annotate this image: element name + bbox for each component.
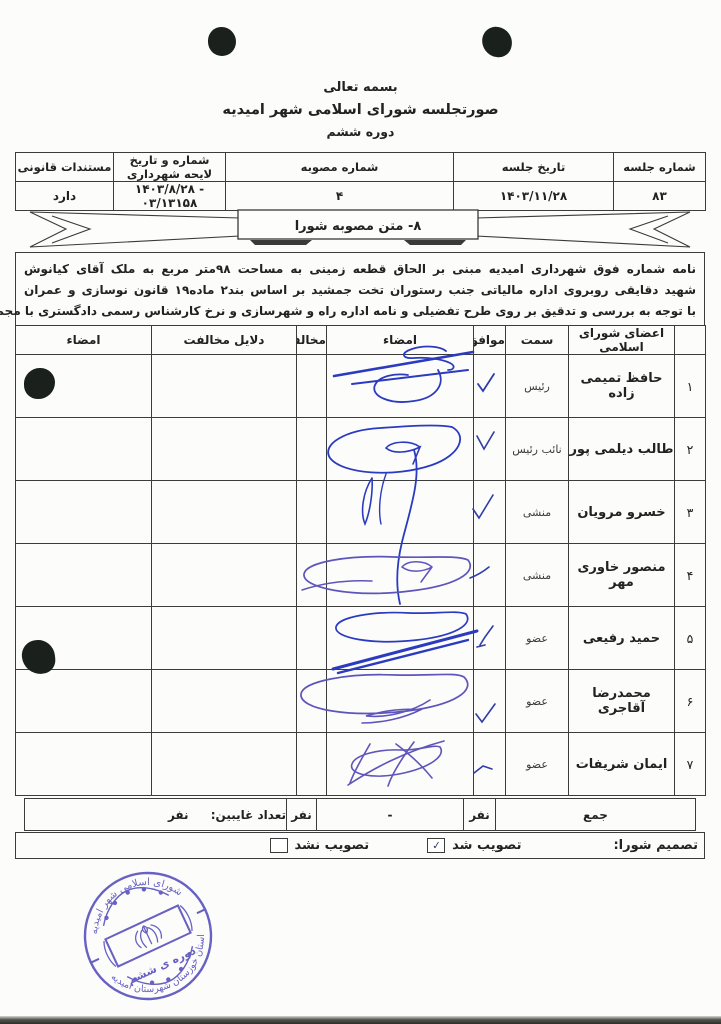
signature2-cell [16, 544, 152, 607]
oppose-reason-cell [152, 355, 297, 418]
agree-cell [474, 481, 506, 544]
member-row: ۴ منصور خاوری مهر منشی [16, 544, 706, 607]
member-row: ۲ طالب دیلمی پور نائب رئیس [16, 418, 706, 481]
header-session-no: شماره جلسه [614, 153, 706, 182]
row-no: ۴ [675, 544, 706, 607]
stamp-outer-circle [64, 852, 231, 1019]
signature2-cell [16, 733, 152, 796]
header-oppose-reasons: دلایل مخالفت [152, 326, 297, 355]
signature-cell [327, 607, 474, 670]
oppose-cell [297, 733, 327, 796]
stamp-wreath-top [94, 875, 169, 925]
signature-cell [327, 544, 474, 607]
scan-bottom-edge [0, 1016, 721, 1024]
oppose-reason-cell [152, 733, 297, 796]
member-position: عضو [506, 733, 569, 796]
signature-cell [327, 481, 474, 544]
stamp-top-text: شورای اسلامی شهر امیدیه [75, 860, 186, 939]
totals-signature-dash: - [317, 799, 464, 831]
stamp-side-ticks [90, 909, 206, 963]
header-members: اعضای شورای اسلامی [569, 326, 675, 355]
council-stamp: شورای اسلامی شهر امیدیه استان خوزستان شه… [63, 852, 232, 1020]
oppose-reason-cell [152, 481, 297, 544]
term-label: دوره ششم [0, 124, 721, 139]
stamp-emblem-icon [131, 921, 164, 951]
approved-label: تصویب شد [452, 838, 521, 853]
resolution-line-2: شهید دقایقی روبروی اداره مالیاتی جنب رست… [24, 280, 696, 301]
member-row: ۵ حمید رفیعی عضو [16, 607, 706, 670]
signature2-cell [16, 418, 152, 481]
signature-cell [327, 733, 474, 796]
member-name: خسرو مرویان [569, 481, 675, 544]
signature-cell [327, 418, 474, 481]
row-no: ۵ [675, 607, 706, 670]
oppose-cell [297, 544, 327, 607]
row-no: ۷ [675, 733, 706, 796]
resolution-text-block: نامه شماره فوق شهرداری امیدیه مبنی بر ال… [15, 252, 705, 325]
row-no: ۱ [675, 355, 706, 418]
approved-option: تصویب شد ✓ [427, 838, 521, 853]
ribbon-right-tail [476, 212, 690, 247]
not-approved-checkbox [270, 838, 288, 853]
header-position: سمت [506, 326, 569, 355]
members-votes-table: اعضای شورای اسلامی سمت موافق امضاء مخالف… [15, 325, 706, 796]
stamp-bottom-text: استان خوزستان شهرستان امیدیه [107, 930, 222, 1013]
member-row: ۳ خسرو مرویان منشی [16, 481, 706, 544]
totals-row: جمع نفر - نفر تعداد غایبین: نفر [24, 798, 696, 831]
agree-cell [474, 733, 506, 796]
totals-absent-cell: تعداد غایبین: نفر [25, 799, 287, 831]
signature-cell [327, 670, 474, 733]
header-row-no [675, 326, 706, 355]
page-title: صورتجلسه شورای اسلامی شهر امیدیه [0, 102, 721, 118]
stamp-wreath-dots [98, 877, 199, 995]
row-no: ۲ [675, 418, 706, 481]
totals-label: جمع [496, 799, 696, 831]
oppose-reason-cell [152, 418, 297, 481]
not-approved-option: تصویب نشد [270, 838, 370, 853]
oppose-cell [297, 481, 327, 544]
member-name: محمدرضا آقاجری [569, 670, 675, 733]
punch-hole [208, 27, 236, 56]
absent-unit: نفر [168, 808, 189, 822]
agree-cell [474, 418, 506, 481]
member-position: نائب رئیس [506, 418, 569, 481]
absent-label: تعداد غایبین: [211, 808, 286, 822]
bismillah-text: بسمه تعالی [0, 80, 721, 95]
totals-agree-unit: نفر [464, 799, 496, 831]
ribbon-left-tail [30, 212, 240, 247]
signature2-cell [16, 670, 152, 733]
member-name: حمید رفیعی [569, 607, 675, 670]
oppose-cell [297, 418, 327, 481]
header-signature-2: امضاء [16, 326, 152, 355]
stamp-center-rect [105, 906, 190, 967]
ribbon-fold-right [404, 240, 466, 245]
oppose-reason-cell [152, 670, 297, 733]
not-approved-label: تصویب نشد [295, 838, 370, 853]
header-resolution-no: شماره مصوبه [226, 153, 454, 182]
decision-label: تصمیم شورا: [613, 838, 698, 853]
member-row: ۶ محمدرضا آقاجری عضو [16, 670, 706, 733]
oppose-cell [297, 355, 327, 418]
members-header-row: اعضای شورای اسلامی سمت موافق امضاء مخالف… [16, 326, 706, 355]
ribbon-fold-left [250, 240, 312, 245]
stamp-term-text: دوره ی ششم [126, 944, 199, 987]
member-position: رئیس [506, 355, 569, 418]
stamp-side-curls [101, 904, 194, 967]
oppose-cell [297, 670, 327, 733]
member-position: عضو [506, 670, 569, 733]
member-name: منصور خاوری مهر [569, 544, 675, 607]
signature-cell [327, 355, 474, 418]
member-position: منشی [506, 481, 569, 544]
stamp-wreath-bottom [127, 946, 202, 996]
info-header-row: شماره جلسه تاریخ جلسه شماره مصوبه شماره … [16, 153, 706, 182]
header-bill-no-date: شماره و تاریخ لایحه شهرداری [114, 153, 226, 182]
member-position: عضو [506, 607, 569, 670]
oppose-cell [297, 607, 327, 670]
member-position: منشی [506, 544, 569, 607]
agree-cell [474, 355, 506, 418]
document-header: بسمه تعالی صورتجلسه شورای اسلامی شهر امی… [0, 80, 721, 139]
signature2-cell [16, 481, 152, 544]
resolution-banner-ribbon: ۸- متن مصوبه شورا [0, 203, 721, 253]
oppose-reason-cell [152, 544, 297, 607]
agree-cell [474, 670, 506, 733]
agree-cell [474, 607, 506, 670]
row-no: ۶ [675, 670, 706, 733]
header-legal-docs: مستندات قانونی [16, 153, 114, 182]
approved-checkbox: ✓ [427, 838, 445, 853]
header-signature: امضاء [327, 326, 474, 355]
header-agree: موافق [474, 326, 506, 355]
approved-check-mark: ✓ [431, 840, 441, 852]
header-oppose: مخالف [297, 326, 327, 355]
header-session-date: تاریخ جلسه [454, 153, 614, 182]
row-no: ۳ [675, 481, 706, 544]
resolution-line-1: نامه شماره فوق شهرداری امیدیه مبنی بر ال… [24, 259, 696, 280]
agree-cell [474, 544, 506, 607]
member-row: ۷ ایمان شریفات عضو [16, 733, 706, 796]
member-row: ۱ حافظ تمیمی زاده رئیس [16, 355, 706, 418]
oppose-reason-cell [152, 607, 297, 670]
council-decision-row: تصمیم شورا: تصویب شد ✓ تصویب نشد [15, 832, 705, 859]
resolution-line-3: با توجه به بررسی و تدقیق بر روی طرح تفضی… [24, 301, 696, 322]
scanned-document-page: بسمه تعالی صورتجلسه شورای اسلامی شهر امی… [0, 0, 721, 1024]
punch-hole [480, 25, 514, 59]
member-name: حافظ تمیمی زاده [569, 355, 675, 418]
banner-label: ۸- متن مصوبه شورا [295, 219, 422, 234]
totals-oppose-unit: نفر [287, 799, 317, 831]
member-name: ایمان شریفات [569, 733, 675, 796]
member-name: طالب دیلمی پور [569, 418, 675, 481]
